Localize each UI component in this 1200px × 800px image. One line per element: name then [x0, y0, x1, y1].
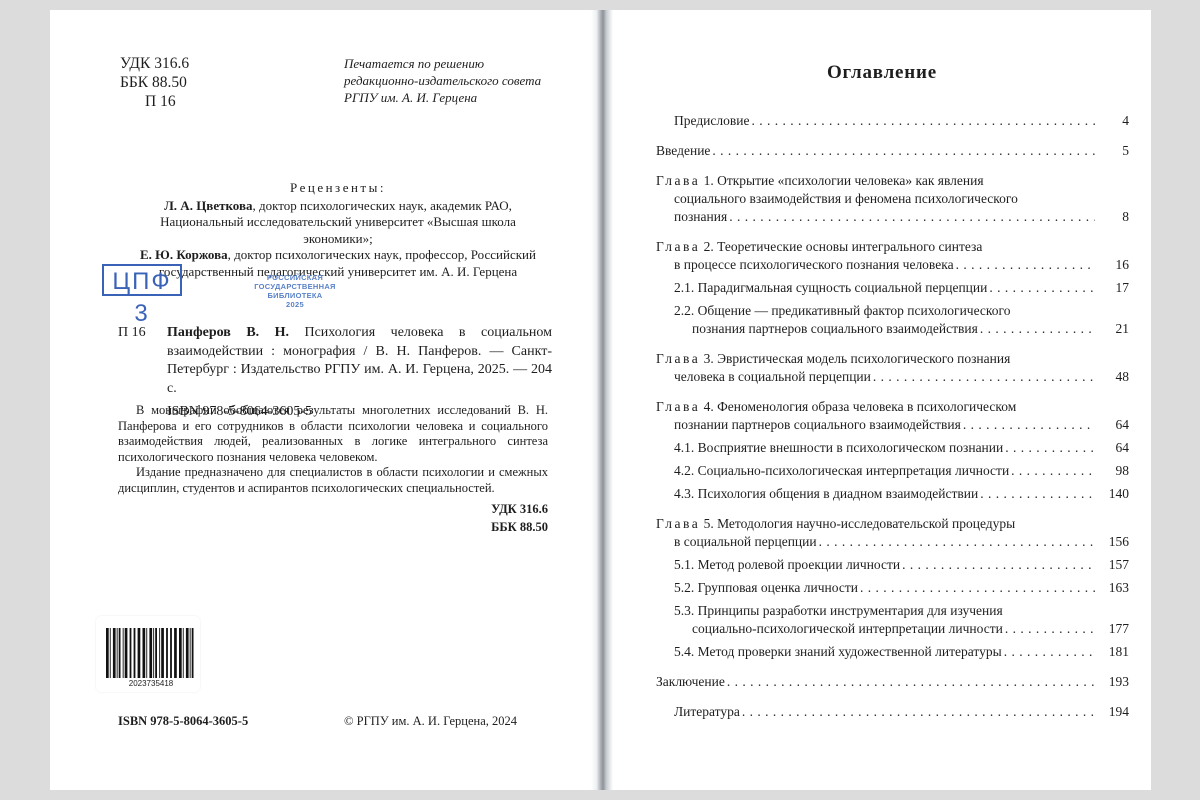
- toc-entry-text: Глава 5. Методология научно-исследовател…: [656, 515, 1015, 533]
- dot-leader: [873, 368, 1095, 386]
- imprint-page: УДК 316.6 ББК 88.50 П 16 Печатается по р…: [50, 10, 591, 790]
- chapter-label: Глава: [656, 516, 700, 531]
- reviewers-block: Рецензенты: Л. А. Цветкова, доктор психо…: [128, 180, 548, 280]
- toc-entry-text: Глава 2. Теоретические основы интегральн…: [656, 238, 982, 256]
- dot-leader: [980, 320, 1095, 338]
- dot-leader: [819, 533, 1095, 551]
- annotation-udk: УДК 316.6: [118, 500, 548, 518]
- print-decision-note: Печатается по решению редакционно-издате…: [344, 55, 541, 106]
- barcode-number: 2023735418: [106, 679, 196, 688]
- annotation-paragraph: Издание предназначено для специалистов в…: [118, 465, 548, 496]
- dot-leader: [727, 673, 1095, 691]
- toc-page-number: 21: [1099, 320, 1129, 338]
- toc-page-number: 64: [1099, 439, 1129, 457]
- dot-leader: [712, 142, 1095, 160]
- toc-entry-text: познания партнеров социального взаимодей…: [692, 320, 978, 338]
- toc-entry-text: социального взаимодействия и феномена пс…: [674, 190, 1018, 208]
- toc-entry-text: в процессе психологического познания чел…: [674, 256, 954, 274]
- toc-entry[interactable]: 2.2. Общение — предикативный фактор псих…: [656, 302, 1129, 338]
- entry-text: Панферов В. Н. Психология человека в соц…: [167, 324, 552, 398]
- annotation-bbk: ББК 88.50: [118, 518, 548, 536]
- toc-page-number: 4: [1099, 112, 1129, 130]
- toc-entry-text: познании партнеров социального взаимодей…: [674, 416, 961, 434]
- toc-page-number: 48: [1099, 368, 1129, 386]
- annotation: В монографии обобщаются результаты много…: [118, 403, 548, 536]
- toc-entry[interactable]: Глава 3. Эвристическая модель психологич…: [656, 350, 1129, 386]
- toc-title: Оглавление: [613, 62, 1151, 84]
- toc-page-number: 157: [1099, 556, 1129, 574]
- toc-entry-text: в социальной перцепции: [674, 533, 817, 551]
- dot-leader: [1005, 439, 1095, 457]
- toc-entry[interactable]: Заключение193: [656, 673, 1129, 691]
- dot-leader: [902, 556, 1095, 574]
- toc-page-number: 163: [1099, 579, 1129, 597]
- entry-author: Панферов В. Н.: [167, 325, 289, 340]
- toc-entry-text: познания: [674, 208, 727, 226]
- toc-page-number: 8: [1099, 208, 1129, 226]
- book-spread: УДК 316.6 ББК 88.50 П 16 Печатается по р…: [50, 10, 1151, 790]
- dot-leader: [1011, 462, 1095, 480]
- toc-entry-text: 5.3. Принципы разработки инструментария …: [674, 602, 1003, 620]
- toc-page-number: 16: [1099, 256, 1129, 274]
- toc-entry[interactable]: Предисловие4: [656, 112, 1129, 130]
- dot-leader: [980, 485, 1095, 503]
- toc-entry-text: 4.3. Психология общения в диадном взаимо…: [674, 485, 978, 503]
- print-decision-line: РГПУ им. А. И. Герцена: [344, 89, 541, 106]
- footer-copyright: © РГПУ им. А. И. Герцена, 2024: [344, 714, 517, 729]
- library-stamp-line: РОССИЙСКАЯ: [240, 273, 350, 282]
- toc-page-number: 193: [1099, 673, 1129, 691]
- udk-code: УДК 316.6: [120, 54, 189, 73]
- library-stamp: РОССИЙСКАЯ ГОСУДАРСТВЕННАЯ БИБЛИОТЕКА 20…: [240, 273, 350, 309]
- chapter-label: Глава: [656, 351, 700, 366]
- toc-entry[interactable]: Глава 4. Феноменология образа человека в…: [656, 398, 1129, 434]
- annotation-codes: УДК 316.6 ББК 88.50: [118, 500, 548, 536]
- classification-codes: УДК 316.6 ББК 88.50 П 16: [120, 54, 189, 111]
- toc-entry[interactable]: Литература194: [656, 703, 1129, 721]
- toc-entry-text: социально-психологической интерпретации …: [692, 620, 1003, 638]
- toc-entry[interactable]: Глава 1. Открытие «психологии человека» …: [656, 172, 1129, 226]
- toc-entry-text: 5.1. Метод ролевой проекции личности: [674, 556, 900, 574]
- chapter-label: Глава: [656, 239, 700, 254]
- entry-code: П 16: [118, 324, 146, 343]
- toc-entry[interactable]: 2.1. Парадигмальная сущность социальной …: [656, 279, 1129, 297]
- toc-entry[interactable]: 5.3. Принципы разработки инструментария …: [656, 602, 1129, 638]
- toc-page-number: 194: [1099, 703, 1129, 721]
- chapter-label: Глава: [656, 399, 700, 414]
- toc-page-number: 64: [1099, 416, 1129, 434]
- toc-entry-text: Глава 1. Открытие «психологии человека» …: [656, 172, 984, 190]
- dot-leader: [1004, 643, 1095, 661]
- toc-entry[interactable]: 4.3. Психология общения в диадном взаимо…: [656, 485, 1129, 503]
- dot-leader: [963, 416, 1095, 434]
- toc-entry-text: Заключение: [656, 673, 725, 691]
- library-stamp-line: ГОСУДАРСТВЕННАЯ: [240, 282, 350, 291]
- toc-entry-text: Предисловие: [674, 112, 749, 130]
- dot-leader: [989, 279, 1095, 297]
- barcode-icon: [106, 628, 196, 678]
- library-stamp-line: 2025: [240, 300, 350, 309]
- toc-entry[interactable]: 4.1. Восприятие внешности в психологичес…: [656, 439, 1129, 457]
- toc-page-number: 5: [1099, 142, 1129, 160]
- reviewer-name: Е. Ю. Коржова: [140, 247, 228, 262]
- dot-leader: [956, 256, 1095, 274]
- print-decision-line: редакционно-издательского совета: [344, 72, 541, 89]
- footer-isbn: ISBN 978-5-8064-3605-5: [118, 714, 248, 729]
- toc-entry[interactable]: 4.2. Социально-психологическая интерпрет…: [656, 462, 1129, 480]
- reviewer-name: Л. А. Цветкова: [164, 198, 252, 213]
- dot-leader: [742, 703, 1095, 721]
- toc-entry[interactable]: 5.4. Метод проверки знаний художественно…: [656, 643, 1129, 661]
- toc-page-number: 156: [1099, 533, 1129, 551]
- toc-page-number: 181: [1099, 643, 1129, 661]
- toc-entry-text: Глава 4. Феноменология образа человека в…: [656, 398, 1016, 416]
- toc-entry-text: человека в социальной перцепции: [674, 368, 871, 386]
- toc-entry[interactable]: 5.2. Групповая оценка личности163: [656, 579, 1129, 597]
- toc-entry-text: 2.2. Общение — предикативный фактор псих…: [674, 302, 1011, 320]
- toc-entry-text: 5.2. Групповая оценка личности: [674, 579, 858, 597]
- toc-entry[interactable]: Введение5: [656, 142, 1129, 160]
- table-of-contents: Предисловие4Введение5Глава 1. Открытие «…: [656, 112, 1129, 721]
- toc-entry-text: 4.1. Восприятие внешности в психологичес…: [674, 439, 1003, 457]
- reviewer: Л. А. Цветкова, доктор психологических н…: [128, 198, 548, 248]
- toc-entry-text: Литература: [674, 703, 740, 721]
- print-decision-line: Печатается по решению: [344, 55, 541, 72]
- book-spine: [591, 10, 613, 790]
- toc-entry[interactable]: Глава 2. Теоретические основы интегральн…: [656, 238, 1129, 274]
- dot-leader: [860, 579, 1095, 597]
- toc-entry-text: 5.4. Метод проверки знаний художественно…: [674, 643, 1002, 661]
- dot-leader: [1005, 620, 1095, 638]
- chapter-label: Глава: [656, 173, 700, 188]
- author-code: П 16: [120, 92, 189, 111]
- barcode-sticker: 2023735418: [96, 616, 200, 692]
- toc-entry-text: Глава 3. Эвристическая модель психологич…: [656, 350, 1010, 368]
- toc-page-number: 140: [1099, 485, 1129, 503]
- toc-entry-text: Введение: [656, 142, 710, 160]
- toc-page-number: 177: [1099, 620, 1129, 638]
- toc-entry[interactable]: Глава 5. Методология научно-исследовател…: [656, 515, 1129, 551]
- toc-entry-text: 2.1. Парадигмальная сущность социальной …: [674, 279, 987, 297]
- library-stamp-line: БИБЛИОТЕКА: [240, 291, 350, 300]
- annotation-paragraph: В монографии обобщаются результаты много…: [118, 403, 548, 465]
- cpf-stamp: ЦПФ 3: [102, 264, 182, 296]
- dot-leader: [751, 112, 1095, 130]
- toc-page-number: 17: [1099, 279, 1129, 297]
- toc-entry-text: 4.2. Социально-психологическая интерпрет…: [674, 462, 1009, 480]
- bbk-code: ББК 88.50: [120, 73, 189, 92]
- dot-leader: [729, 208, 1095, 226]
- reviewers-title: Рецензенты:: [128, 180, 548, 197]
- toc-page-number: 98: [1099, 462, 1129, 480]
- toc-entry[interactable]: 5.1. Метод ролевой проекции личности157: [656, 556, 1129, 574]
- contents-page: Оглавление Предисловие4Введение5Глава 1.…: [613, 10, 1151, 790]
